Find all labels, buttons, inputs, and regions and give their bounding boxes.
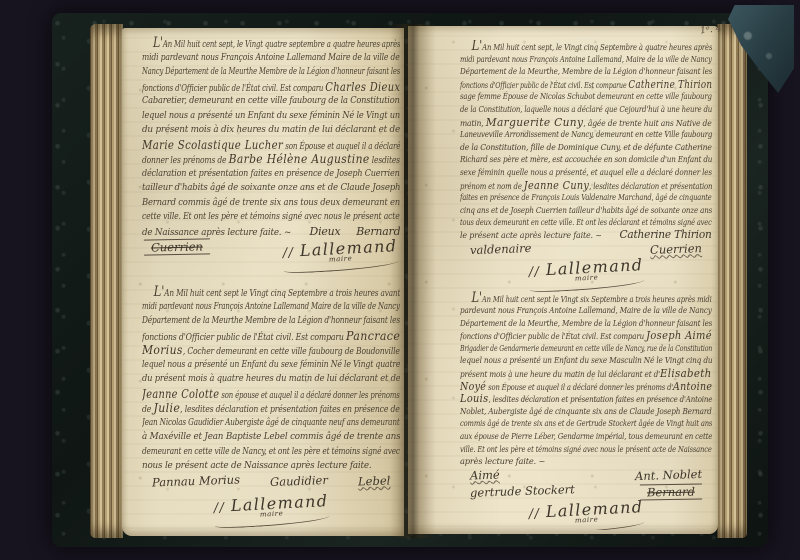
manuscript-line: Richard ses père et mère, est accouchée … [460,153,679,166]
text-segment: Louis [460,391,488,405]
text-segment: Nancy Département de la Meurthe Membre d… [142,67,400,77]
text-segment: fonctions d'Officier public de l'État ci… [460,80,628,90]
manuscript-line: Nancy Département de la Meurthe Membre d… [142,65,340,80]
text-segment: Barbe Hélène Augustine [229,151,370,166]
manuscript-line: midi pardevant nous François Antoine Lal… [142,51,367,66]
signature: Aimé [470,467,500,482]
text-segment: Brigadier de Gendarmerie demeurant en ce… [460,343,712,353]
text-segment: Jeanne Cuny [524,178,589,192]
manuscript-line: aux épouse de Pierre Léber, Gendarme imp… [460,430,675,443]
signature: Lallemandmaire [528,255,644,293]
manuscript-line: faites en présence de François Louis Val… [460,191,664,204]
birth-record-act-2: L'An Mil huit cent sept le Vingt cinq Se… [142,285,400,524]
manuscript-line: lequel nous a présenté un Enfant du sexe… [142,109,383,124]
signature-row: AiméAnt. Noblet [460,468,712,484]
manuscript-line: déclaration et présentation faites en pr… [142,167,378,182]
text-segment: midi pardevant nous François Antoine Lal… [142,302,400,312]
text-segment: fonctions d'Officier public de l'État ci… [460,331,646,341]
manuscript-line: ville. Et ont les père et témoins signé … [460,443,665,456]
text-segment: tous deux demeurant en cette ville. Et o… [460,217,712,227]
manuscript-line: après lecture faite. ~ [460,455,712,468]
page-edge-stack-right [717,24,747,538]
manuscript-line: du présent mois à quatre heures du matin… [142,372,386,387]
signature-row: Lallemandmaire [460,500,712,526]
signature-row: CuerrienLallemandmaire [142,239,400,269]
signature-row: Lallemandmaire [142,494,400,524]
text-segment: le présent acte après lecture faite. ~ [460,230,604,240]
page-edge-stack-left [90,24,123,538]
text-segment: du présent mois à quatre heures du matin… [142,374,400,384]
manuscript-line: L'An Mil huit cent sept le Vingt cinq Se… [142,285,357,300]
text-segment: Département de la Meurthe, Membre de la … [460,66,712,76]
photographed-register-book: 1ᵉ. 4. L'An Mil huit cent sept, le Vingt… [0,0,800,560]
text-segment: matin, [460,118,486,128]
signature-title: maire [283,252,398,266]
manuscript-line: présent mois à une heure du matin de lui… [460,367,683,380]
manuscript-line: Bernard commis âgé de trente six ans tou… [142,196,389,211]
text-segment: L'An Mil huit cent sept, le Vingt cinq S… [472,42,712,52]
manuscript-line: du présent mois à dix heures du matin de… [142,123,400,138]
manuscript-line: cinq ans et de Joseph Cuerrien tailleur … [460,204,677,217]
text-segment: tailleur d'habits âgé de soixante onze a… [142,183,400,193]
text-segment: lequel nous a présenté un Enfant du sexe… [142,111,400,121]
manuscript-line: Jeanne Colotte son épouse et auquel il a… [142,387,344,402]
text-segment: lequel nous a présenté un Enfant du sexe… [460,355,712,365]
text-segment: , Cocher demeurant en cette ville faubou… [183,347,400,357]
manuscript-line: nous le présent acte de Naissance après … [142,459,400,474]
manuscript-line: Laneuveville Arrondissement de Nancy, de… [460,128,672,141]
text-segment: pardevant nous François Antoine Lalleman… [460,305,712,315]
inline-signature: Dieux [310,225,341,238]
text-segment: L'An Mil huit cent sept, le Vingt quatre… [153,40,400,50]
signature-row: Pannau MoriusGaudidierLebel [142,474,400,494]
text-segment: son Épouse et auquel il a déclaré [283,142,400,152]
text-segment: sage femme Épouse de Nicolas Schubot dem… [460,91,712,101]
text-segment: prénom et nom de [460,181,524,191]
text-segment: , âgée de trente huit ans Native de [583,118,711,128]
text-segment: lequel nous a présenté un Enfant du sexe… [142,360,400,370]
text-segment: ville. Et ont les père et témoins signé … [460,444,712,454]
manuscript-line: Noyé son Épouse et auquel il a déclaré d… [460,380,667,393]
text-segment: cette ville. Et ont les père et témoins … [142,212,400,222]
text-segment: Noblet, Aubergiste âgé de cinquante six … [460,406,712,416]
manuscript-line: de la Constitution, fille de Dominique C… [460,141,693,154]
text-segment: Joseph Aimé [646,328,712,342]
manuscript-line: demeurant en cette ville de Nancy, et on… [142,445,358,460]
signature: Pannau Morius [152,472,240,489]
manuscript-line: L'An Mil huit cent sept, le Vingt quatre… [142,36,344,51]
text-segment: midi pardevant nous François Antoine Lal… [460,54,712,64]
manuscript-line: pardevant nous François Antoine Lalleman… [460,304,680,317]
text-segment: faites en présence de François Louis Val… [460,192,712,202]
signature: Cuerrien [650,241,702,257]
manuscript-line: Louis, lesdites déclaration et présentat… [460,392,674,405]
text-segment: Bernard commis âgé de trente six ans tou… [142,198,400,208]
text-segment: lesdites [370,156,400,166]
signature: gertrude Stockert [470,482,575,500]
text-segment: de la Constitution, laquelle nous a décl… [460,104,712,114]
text-segment: déclaration et présentation faites en pr… [142,169,400,179]
signature-title: maire [214,506,329,520]
text-segment: L'An Mil huit cent sept le Vingt six Sep… [471,294,711,304]
text-segment: Catherine Thirion [628,77,712,91]
text-segment: fonctions d'Officier public de l'État ci… [142,333,346,343]
right-page-manuscript-text: L'An Mil huit cent sept, le Vingt cinq S… [460,40,712,530]
text-segment: Département de la Meurthe Membre de la L… [142,316,400,326]
text-segment: Marguerite Cuny [486,115,584,129]
manuscript-line: tailleur d'habits âgé de soixante onze a… [142,181,394,196]
text-segment: , lesdites déclaration et présentation f… [488,394,712,404]
manuscript-line: fonctions d'Officier public de l'État ci… [460,329,676,342]
signature-row: valdenaireCuerrien [460,242,712,258]
manuscript-line: le présent acte après lecture faite. ~ C… [460,229,702,242]
text-segment: , lesdites déclaration et présentation [589,181,712,191]
manuscript-line: fonctions d'Officier public de l'État ci… [142,80,347,95]
text-segment: cinq ans et de Joseph Cuerrien tailleur … [460,205,712,215]
text-segment: midi pardevant nous François Antoine Lal… [142,53,400,63]
text-segment: donner les prénoms de [142,156,229,166]
text-segment: commis âgé de trente six ans et de Gertr… [460,418,712,428]
signature: Lallemandmaire [282,236,398,274]
text-segment: Pancrace [346,328,400,343]
manuscript-line: fonctions d'Officier public de l'État ci… [142,329,370,344]
text-segment: demeurant en cette ville de Nancy, et on… [142,447,400,457]
text-segment: nous le présent acte de Naissance après … [142,461,371,471]
text-segment: après lecture faite. ~ [460,456,545,466]
signature: Ant. Noblet [635,467,703,483]
text-segment: , lesdites déclaration et présentation f… [180,405,399,415]
text-segment: fonctions d'Officier public de l'État ci… [142,84,325,94]
text-segment: son Épouse et auquel il a déclaré donner… [486,382,673,392]
text-segment: de Naissance après lecture faite. ~ [142,228,294,238]
manuscript-line: Marie Scolastique Lucher son Épouse et a… [142,138,352,153]
text-segment: Jean Nicolas Gaudidier Aubergiste âgé de… [142,418,400,428]
signature-row: gertrude StockertBernard [460,484,712,500]
manuscript-line: Noblet, Aubergiste âgé de cinquante six … [460,405,682,418]
manuscript-line: commis âgé de trente six ans et de Gertr… [460,417,666,430]
manuscript-line: Jean Nicolas Gaudidier Aubergiste âgé de… [142,416,355,431]
manuscript-line: fonctions d'Officier public de l'État ci… [460,78,651,91]
text-segment: sexe féminin quelle nous a présenté, et … [460,167,712,177]
manuscript-line: lequel nous a présenté un Enfant du sexe… [460,354,683,367]
text-segment: Charles Dieux [325,79,400,94]
signature: valdenaire [470,240,532,256]
manuscript-line: prénom et nom de Jeanne Cuny, lesdites d… [460,179,671,192]
text-segment: de [142,405,153,415]
manuscript-line: L'An Mil huit cent sept le Vingt six Sep… [460,292,666,305]
text-segment: Morius [142,342,183,357]
birth-record-act-2: L'An Mil huit cent sept le Vingt six Sep… [460,292,712,526]
signature: Bernard [640,483,702,500]
manuscript-line: lequel nous a présenté un Enfant du sexe… [142,358,369,373]
manuscript-line: Département de la Meurthe Membre de la L… [142,314,360,329]
signature: Lallemandmaire [528,497,644,530]
text-segment: Département de la Meurthe, Membre de la … [460,318,712,328]
text-segment: à Maxéville et Jean Baptiste Lebel commi… [142,432,400,442]
inline-signature: Catherine Thirion [619,228,711,241]
manuscript-line: à Maxéville et Jean Baptiste Lebel commi… [142,430,400,445]
manuscript-line: matin, Marguerite Cuny, âgée de trente h… [460,116,692,129]
text-segment: Marie Scolastique Lucher [142,137,283,152]
text-segment: L'An Mil huit cent sept le Vingt cinq Se… [154,289,400,299]
signature: Lallemandmaire [213,491,329,529]
text-segment: Richard ses père et mère, est accouchée … [460,154,712,164]
manuscript-line: sage femme Épouse de Nicolas Schubot dem… [460,90,671,103]
birth-record-act-1: L'An Mil huit cent sept, le Vingt cinq S… [460,40,712,284]
text-segment: présent mois à une heure du matin de lui… [460,369,660,379]
manuscript-line: L'An Mil huit cent sept, le Vingt cinq S… [460,40,669,53]
signature-row: Lallemandmaire [460,258,712,284]
signature: Lebel [357,473,390,488]
signature: Gaudidier [270,472,328,488]
left-page-manuscript-text: L'An Mil huit cent sept, le Vingt quatre… [142,36,400,532]
birth-record-act-1: L'An Mil huit cent sept, le Vingt quatre… [142,36,400,269]
signature-title: maire [529,513,644,527]
manuscript-line: Brigadier de Gendarmerie demeurant en ce… [460,342,648,355]
text-segment: Laneuveville Arrondissement de Nancy, de… [460,129,712,139]
manuscript-line: donner les prénoms de Barbe Hélène Augus… [142,152,364,167]
manuscript-line: cette ville. Et ont les père et témoins … [142,210,368,225]
manuscript-line: Cabaretier, demeurant en cette ville fau… [142,94,384,109]
text-segment: aux épouse de Pierre Léber, Gendarme imp… [460,431,712,441]
signature: Cuerrien [144,238,210,255]
text-segment: de la Constitution, fille de Dominique C… [460,142,712,152]
text-segment: Jeanne Colotte [142,386,219,401]
manuscript-line: midi pardevant nous François Antoine Lal… [142,300,346,315]
manuscript-line: de Julie, lesdites déclaration et présen… [142,401,368,416]
manuscript-line: midi pardevant nous François Antoine Lal… [460,53,666,66]
signature-title: maire [529,270,644,284]
text-segment: son épouse et auquel il a déclaré donner… [219,391,399,401]
text-segment: Julie [153,400,180,415]
text-segment: Cabaretier, demeurant en cette ville fau… [142,96,400,106]
text-segment: du présent mois à dix heures du matin de… [142,125,400,135]
manuscript-line: Morius, Cocher demeurant en cette ville … [142,343,365,358]
manuscript-line: de Naissance après lecture faite. ~ Dieu… [142,225,398,240]
text-segment: Antoine [673,379,712,393]
